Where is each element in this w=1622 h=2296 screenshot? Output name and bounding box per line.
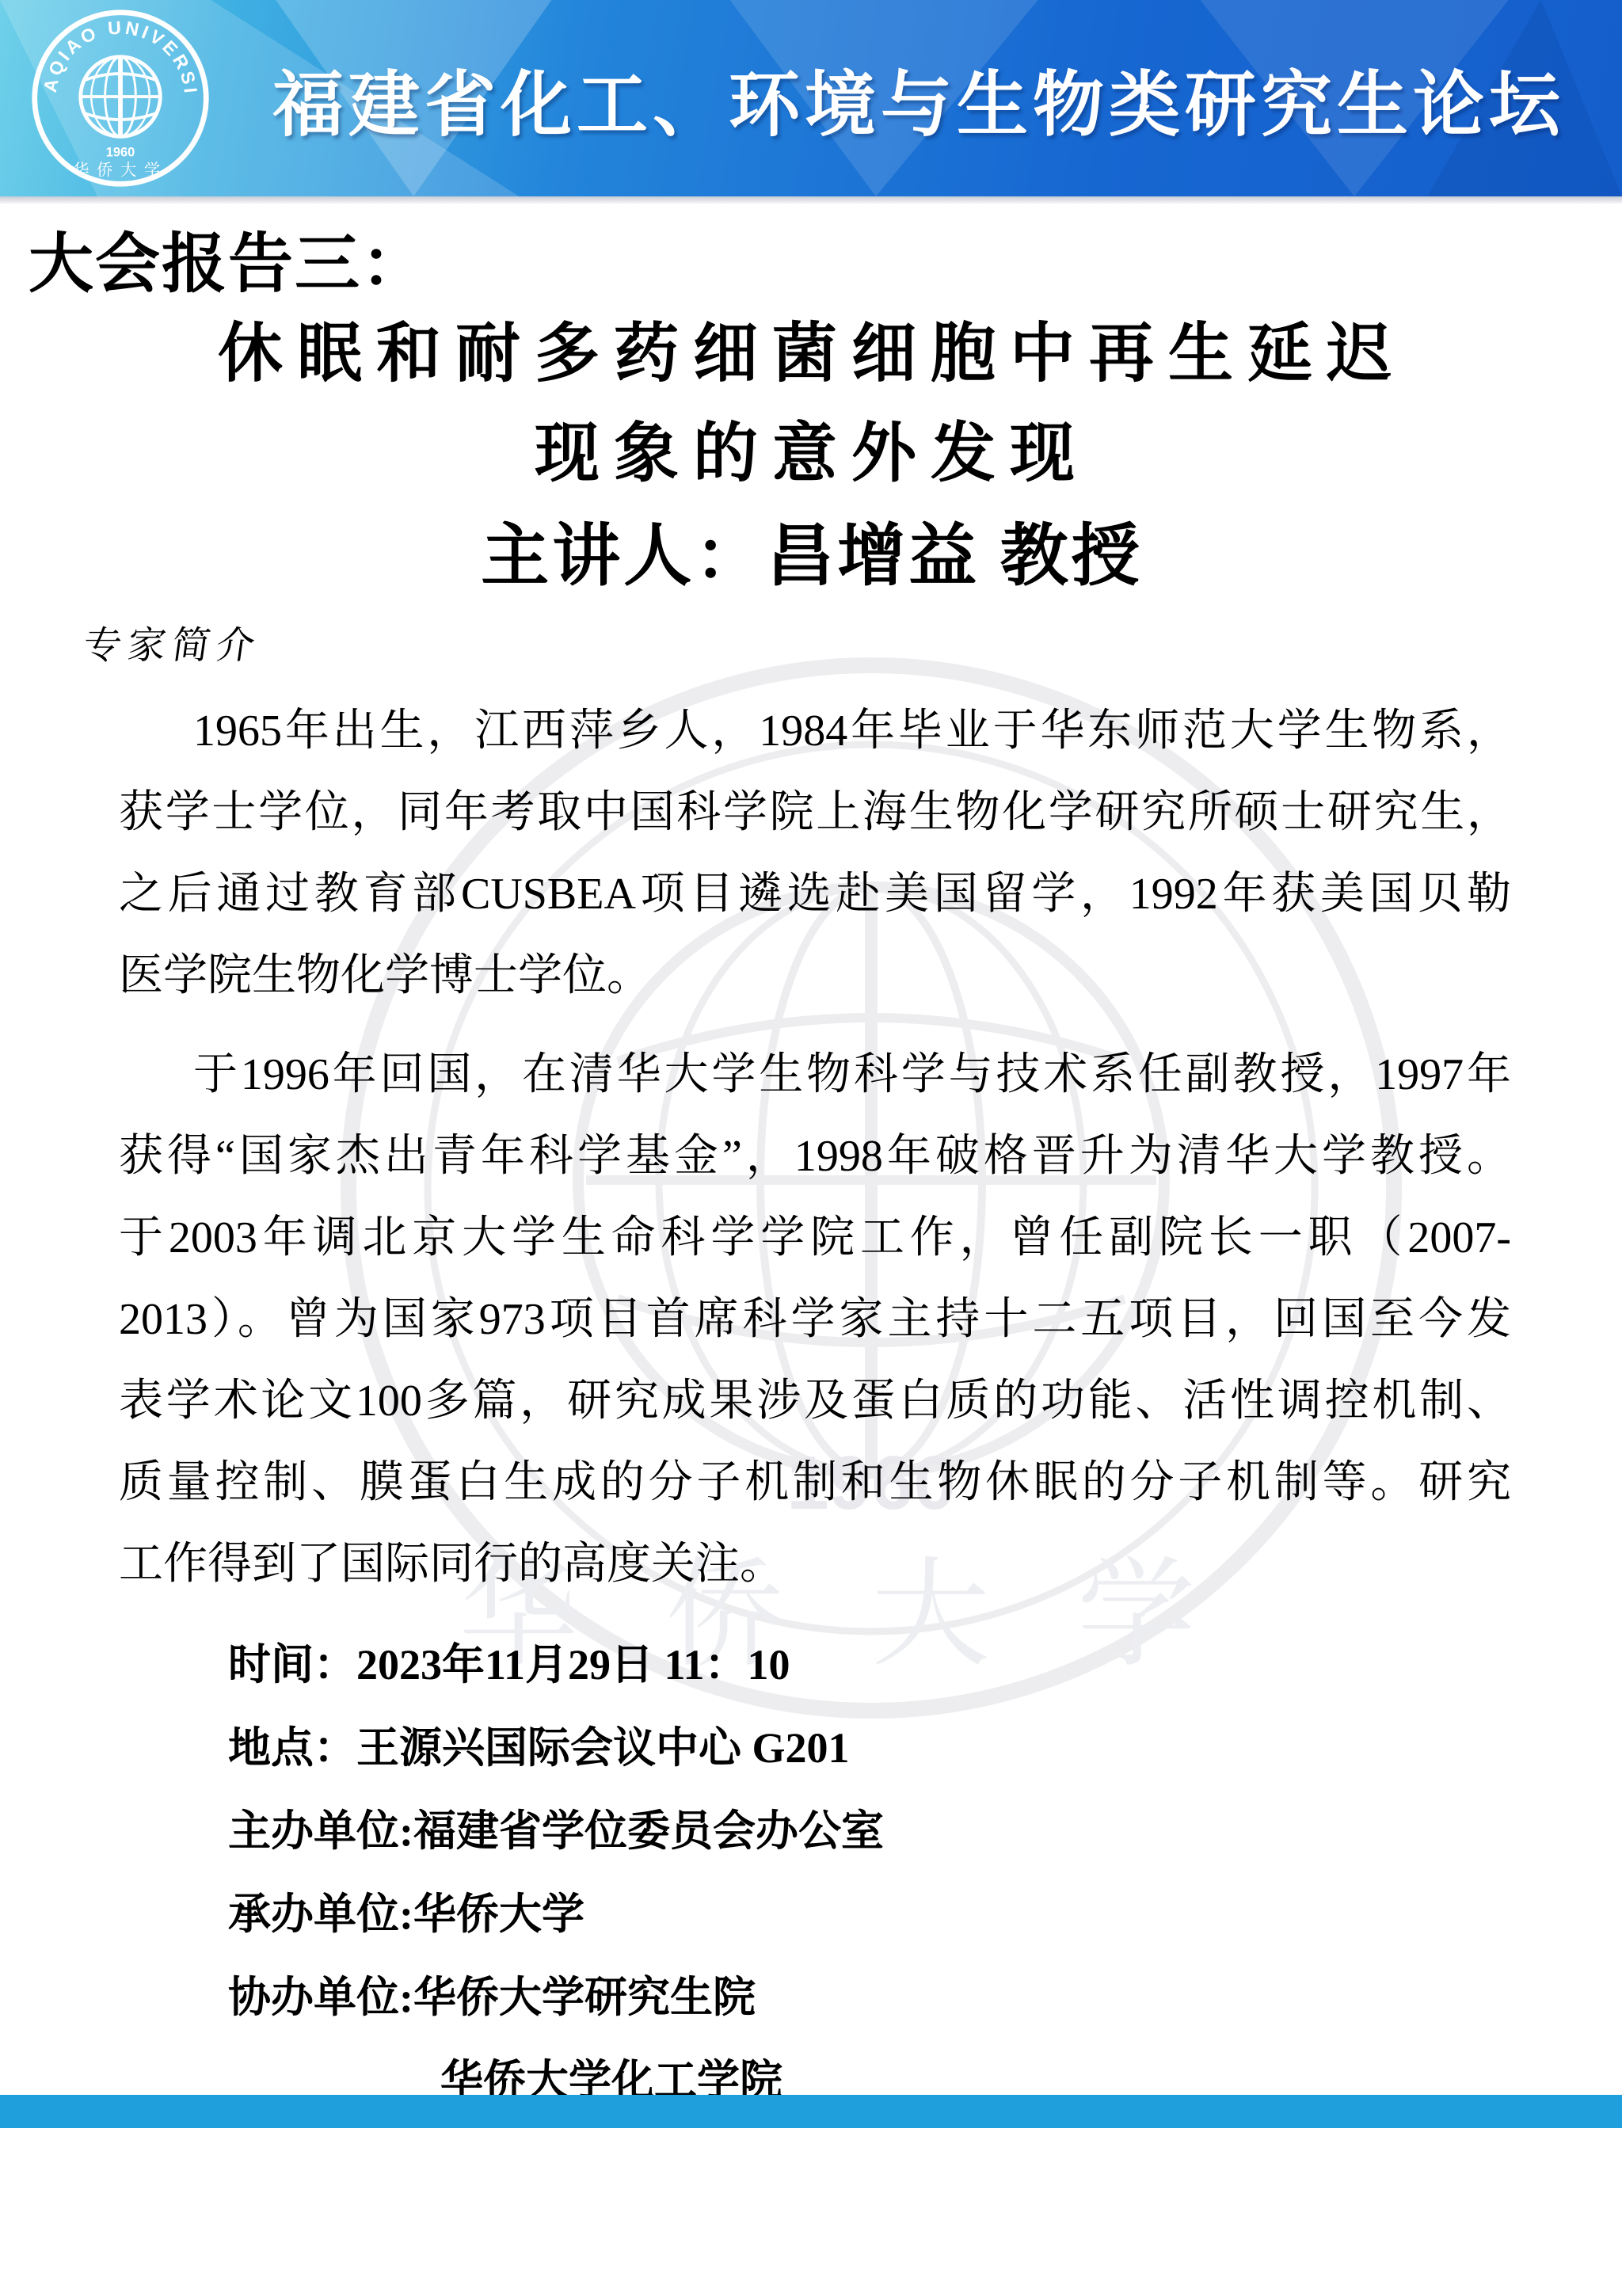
report-title-line1: 休眠和耐多药细菌细胞中再生延迟 <box>103 304 1521 404</box>
bio-line: 质量控制、膜蛋白生成的分子机制和生物休眠的分子机制等。研究 <box>119 1442 1511 1524</box>
report-title: 休眠和耐多药细菌细胞中再生延迟 现象的意外发现 <box>103 304 1521 504</box>
footer-bar <box>0 2095 1622 2128</box>
report-series-label: 大会报告三： <box>29 212 428 305</box>
event-venue: 地点：王源兴国际会议中心 G201 <box>228 1707 1495 1790</box>
bio-section-title: 专家简介 <box>84 615 261 669</box>
bio-line: 获学士学位，同年考取中国科学院上海生物化学研究所硕士研究生， <box>119 772 1511 854</box>
co-organizer-line1: 协办单位:华侨大学研究生院 <box>228 1956 1495 2039</box>
poster-page: HUAQIAO UNIVERSITY 1960 华侨大学 福建省化工、环境与生物… <box>0 0 1622 2296</box>
bio-line: 2013）。曾为国家973项目首席科学家主持十二五项目，回国至今发 <box>119 1279 1511 1361</box>
organizer-line: 承办单位:华侨大学 <box>228 1873 1495 1956</box>
poster-content: 大会报告三： 休眠和耐多药细菌细胞中再生延迟 现象的意外发现 主讲人：昌增益 教… <box>0 0 1622 2296</box>
event-time: 时间：2023年11月29日 11：10 <box>228 1624 1495 1707</box>
report-title-line2: 现象的意外发现 <box>103 404 1521 504</box>
event-details: 时间：2023年11月29日 11：10 地点：王源兴国际会议中心 G201 主… <box>228 1624 1495 2123</box>
bio-line: 表学术论文100多篇，研究成果涉及蛋白质的功能、活性调控机制、 <box>119 1361 1511 1442</box>
bio-line: 于1996年回国，在清华大学生物科学与技术系任副教授，1997年 <box>119 1034 1511 1116</box>
bio-line: 于2003年调北京大学生命科学学院工作，曾任副院长一职（2007- <box>119 1197 1511 1279</box>
bio-paragraphs: 1965年出生，江西萍乡人，1984年毕业于华东师范大学生物系， 获学士学位，同… <box>119 691 1511 1605</box>
bio-line: 工作得到了国际同行的高度关注。 <box>119 1524 1511 1605</box>
speaker-line: 主讲人：昌增益 教授 <box>103 501 1521 599</box>
bio-section-title-text: 专家简介 <box>80 615 265 669</box>
bio-line: 之后通过教育部CUSBEA项目遴选赴美国留学，1992年获美国贝勒 <box>119 854 1511 935</box>
bio-line: 医学院生物化学博士学位。 <box>119 935 1511 1017</box>
host-line: 主办单位:福建省学位委员会办公室 <box>228 1790 1495 1873</box>
bio-line: 获得“国家杰出青年科学基金”，1998年破格晋升为清华大学教授。 <box>119 1116 1511 1197</box>
bio-line: 1965年出生，江西萍乡人，1984年毕业于华东师范大学生物系， <box>119 691 1511 772</box>
